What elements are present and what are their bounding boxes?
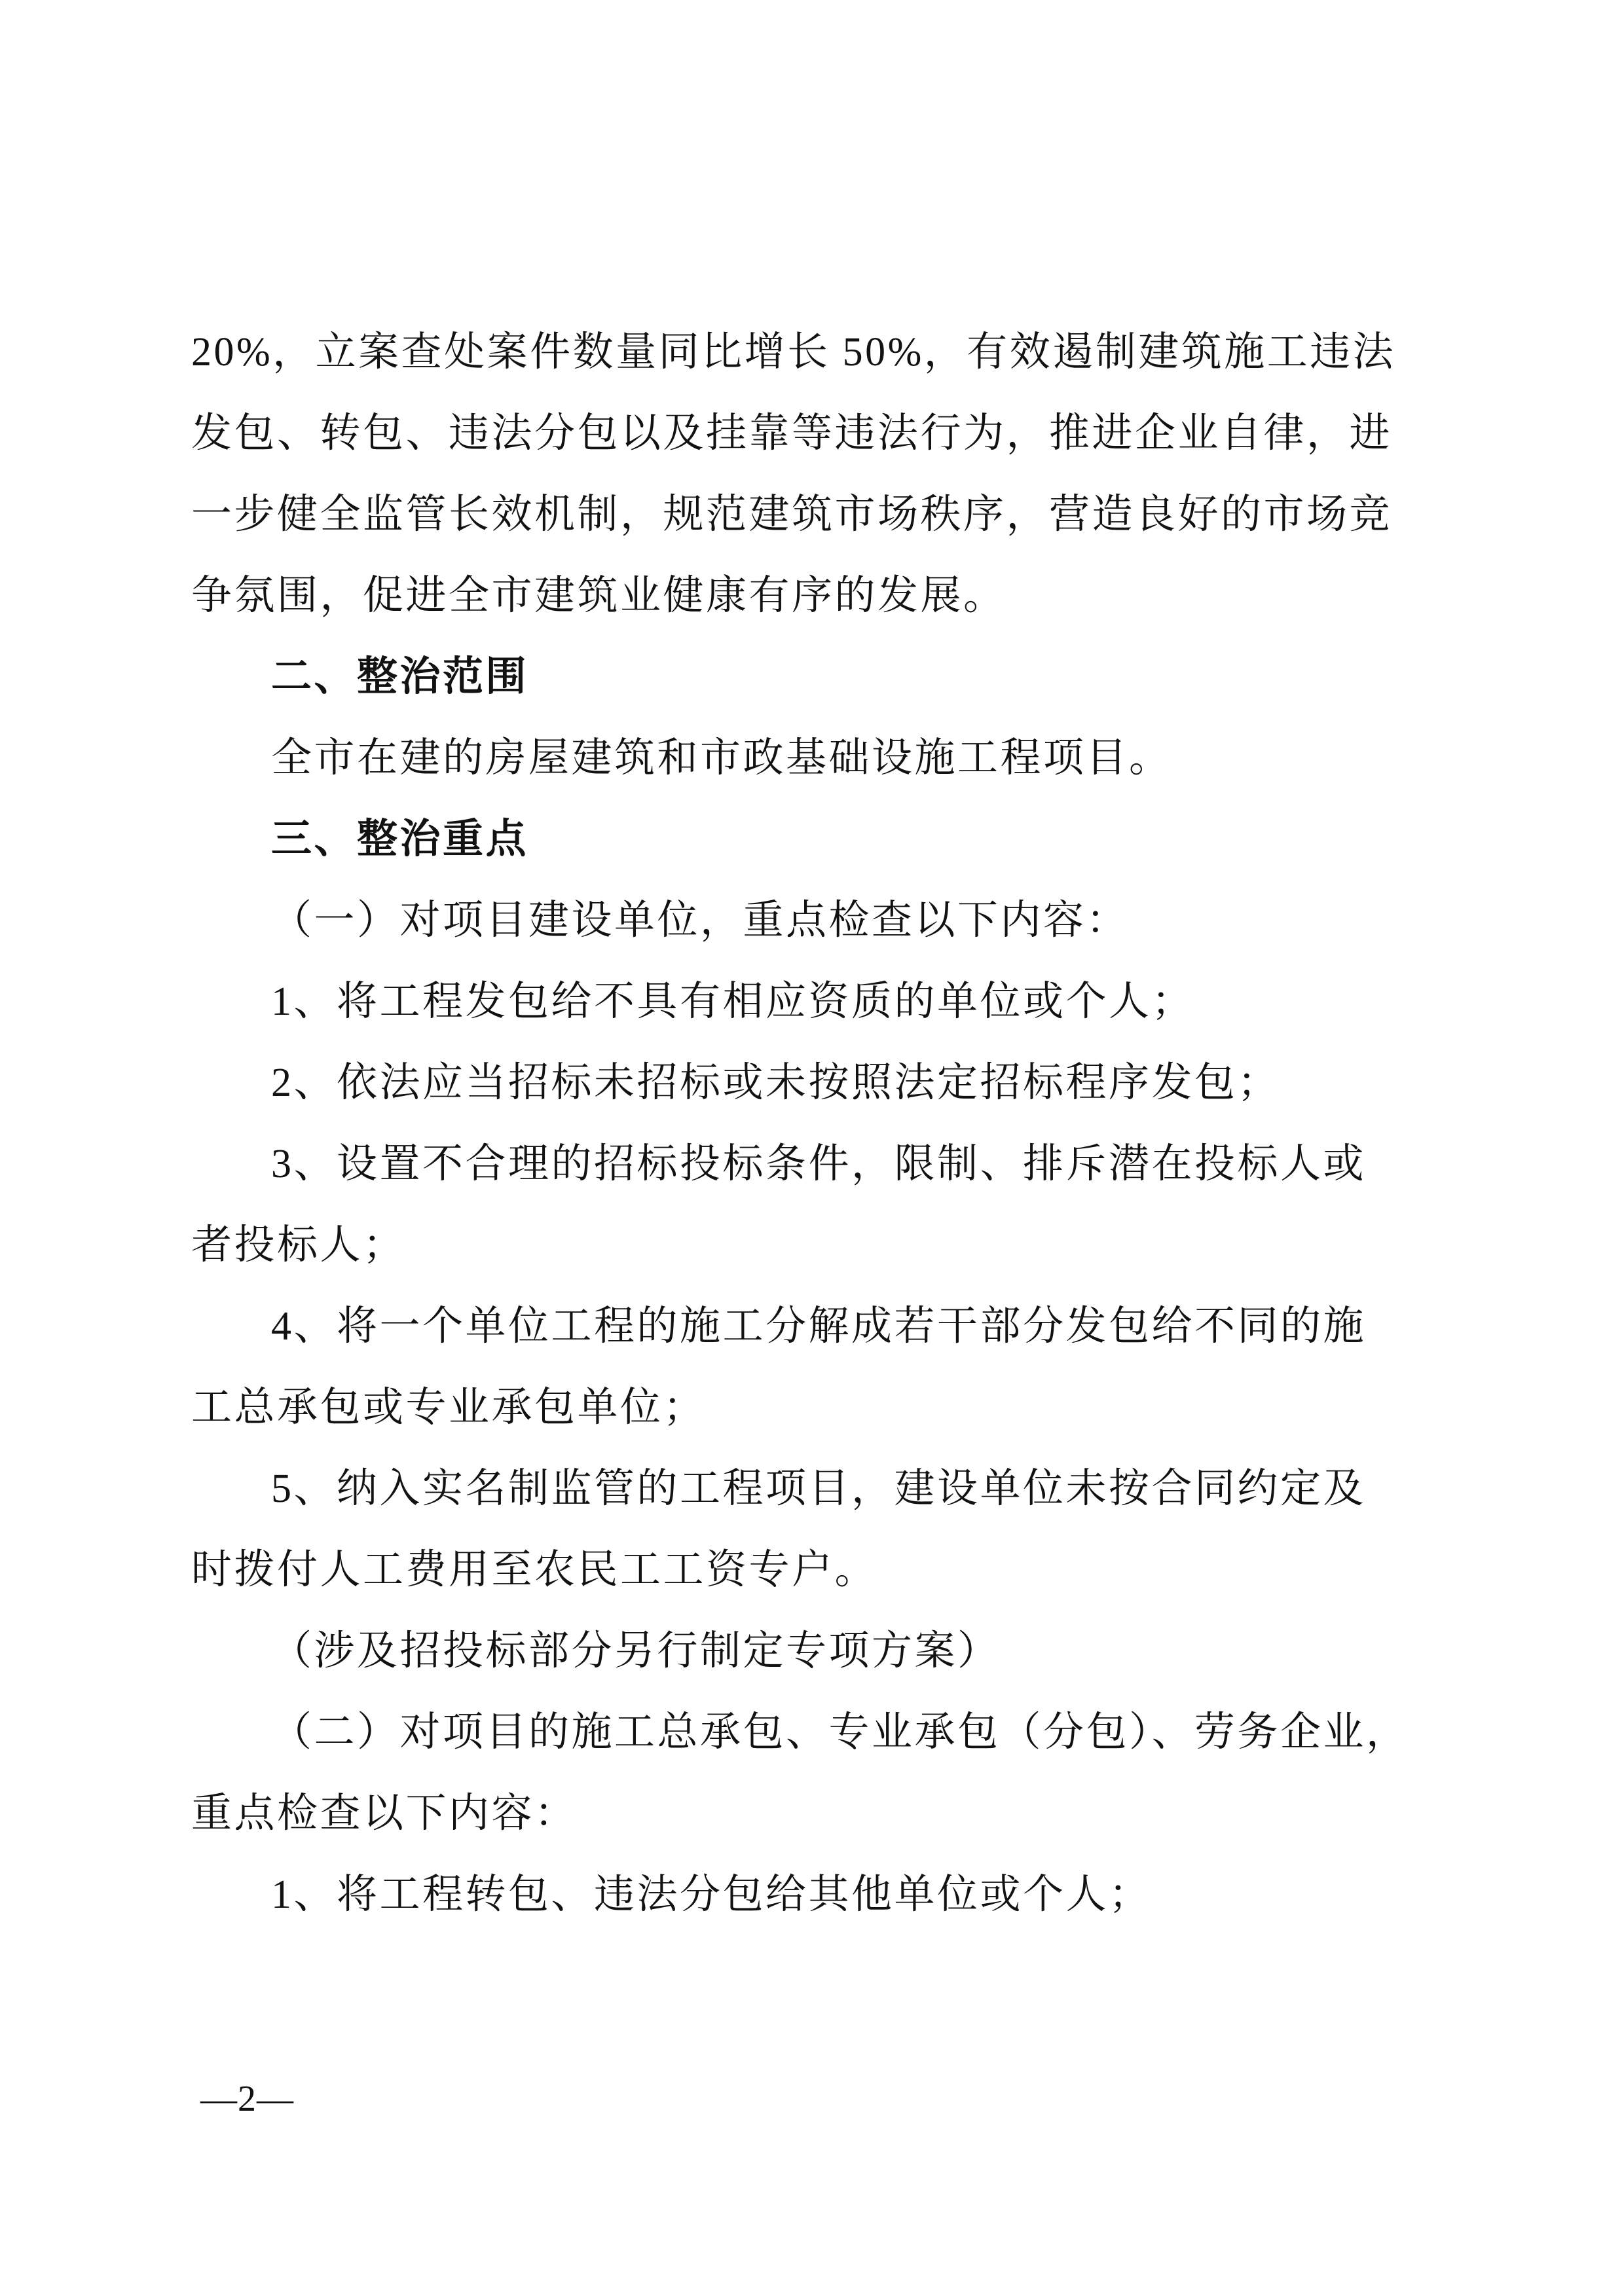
text-line: 3、设置不合理的招标投标条件，限制、排斥潜在投标人或 bbox=[191, 1123, 1409, 1205]
text-line: 时拨付人工费用至农民工工资专户。 bbox=[191, 1529, 1409, 1611]
text-line: 1、将工程转包、违法分包给其他单位或个人； bbox=[191, 1854, 1409, 1935]
text-line: 5、纳入实名制监管的工程项目，建设单位未按合同约定及 bbox=[191, 1448, 1409, 1529]
text-line: 2、依法应当招标未招标或未按照法定招标程序发包； bbox=[191, 1042, 1409, 1123]
text-line: （一）对项目建设单位，重点检查以下内容： bbox=[191, 880, 1409, 961]
text-line: 1、将工程发包给不具有相应资质的单位或个人； bbox=[191, 961, 1409, 1042]
text-line: 4、将一个单位工程的施工分解成若干部分发包给不同的施 bbox=[191, 1286, 1409, 1367]
text-line: 发包、转包、违法分包以及挂靠等违法行为，推进企业自律，进 bbox=[191, 393, 1409, 474]
page-number: —2— bbox=[200, 2074, 294, 2124]
document-body: 20%，立案查处案件数量同比增长 50%，有效遏制建筑施工违法发包、转包、违法分… bbox=[191, 312, 1409, 1935]
text-line: 者投标人； bbox=[191, 1205, 1409, 1286]
text-line: 全市在建的房屋建筑和市政基础设施工程项目。 bbox=[191, 718, 1409, 799]
text-line: （二）对项目的施工总承包、专业承包（分包）、劳务企业， bbox=[191, 1692, 1409, 1773]
section-heading-line: 二、整治范围 bbox=[191, 636, 1409, 718]
document-page: 20%，立案查处案件数量同比增长 50%，有效遏制建筑施工违法发包、转包、违法分… bbox=[0, 0, 1624, 2296]
text-line: 一步健全监管长效机制，规范建筑市场秩序，营造良好的市场竞 bbox=[191, 474, 1409, 555]
text-line: 重点检查以下内容： bbox=[191, 1773, 1409, 1854]
text-line: 争氛围，促进全市建筑业健康有序的发展。 bbox=[191, 555, 1409, 636]
section-heading-line: 三、整治重点 bbox=[191, 799, 1409, 880]
text-line: 20%，立案查处案件数量同比增长 50%，有效遏制建筑施工违法 bbox=[191, 312, 1409, 393]
text-line: 工总承包或专业承包单位； bbox=[191, 1367, 1409, 1448]
text-line: （涉及招投标部分另行制定专项方案） bbox=[191, 1611, 1409, 1692]
